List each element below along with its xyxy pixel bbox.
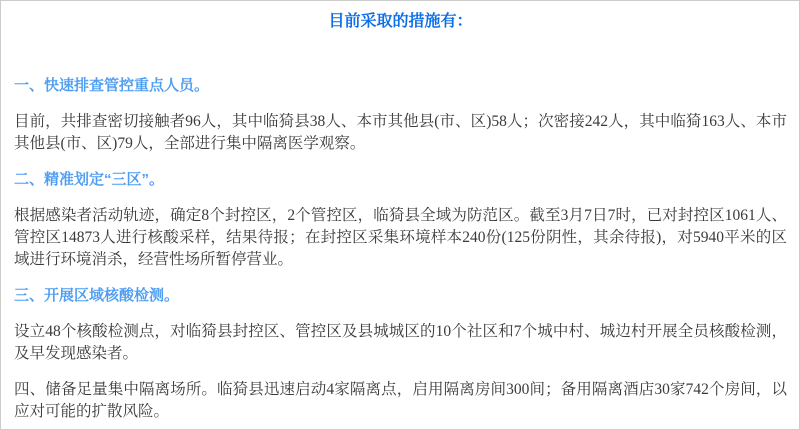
section-3-heading: 三、开展区域核酸检测。: [14, 285, 787, 307]
section-1-body: 目前，共排查密切接触者96人，其中临猗县38人、本市其他县(市、区)58人；次密…: [14, 111, 787, 155]
section-3-body: 设立48个核酸检测点，对临猗县封控区、管控区及县城城区的10个社区和7个城中村、…: [14, 321, 787, 365]
section-4-paragraph: 四、储备足量集中隔离场所。临猗县迅速启动4家隔离点，启用隔离房间300间；备用隔…: [14, 379, 787, 423]
section-1-heading: 一、快速排查管控重点人员。: [14, 75, 787, 97]
section-2-heading: 二、精准划定“三区”。: [14, 169, 787, 191]
article-page: 目前采取的措施有： 一、快速排查管控重点人员。 目前，共排查密切接触者96人，其…: [0, 0, 800, 430]
section-2-body: 根据感染者活动轨迹，确定8个封控区，2个管控区，临猗县全域为防范区。截至3月7日…: [14, 205, 787, 271]
page-title: 目前采取的措施有：: [14, 11, 787, 33]
